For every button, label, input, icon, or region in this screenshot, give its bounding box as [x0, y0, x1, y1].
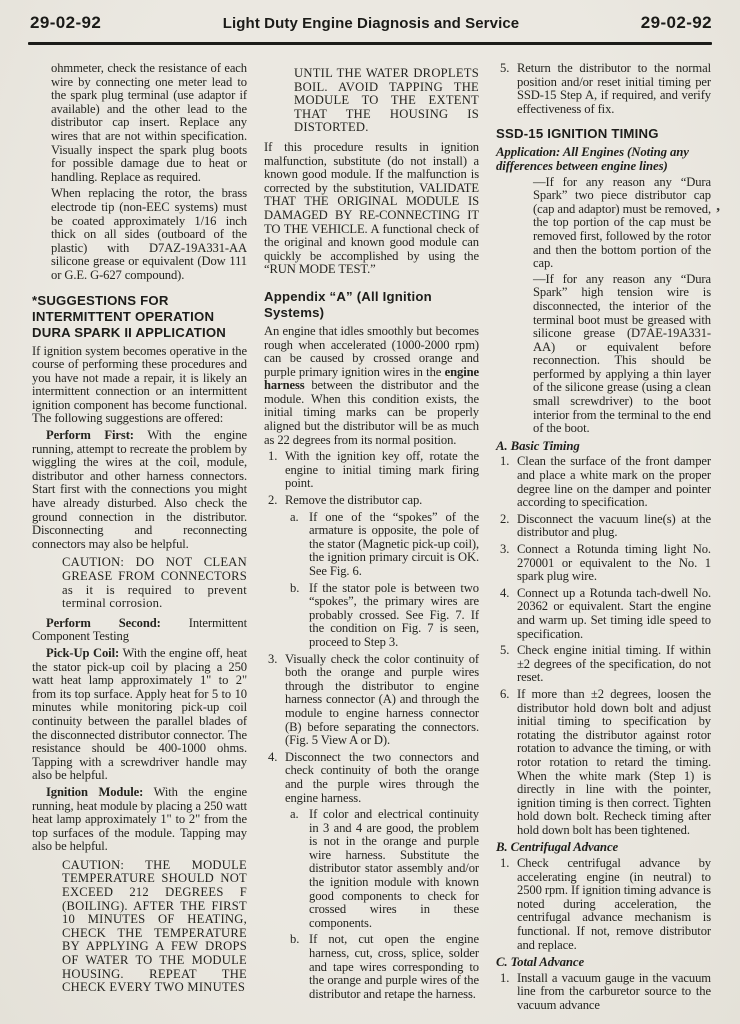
list-item-text: Clean the surface of the front damper an…	[517, 454, 711, 509]
page-title: Light Duty Engine Diagnosis and Service	[223, 15, 519, 32]
text-columns: ohmmeter, check the resistance of each w…	[32, 62, 712, 1016]
list-marker: 5.	[500, 644, 509, 658]
column-middle: UNTIL THE WATER DROPLETS BOIL. AVOID TAP…	[264, 62, 479, 1016]
caution-block: CAUTION: THE MODULE TEMPERATURE SHOULD N…	[62, 859, 247, 995]
list-item: 2.Disconnect the vacuum line(s) at the d…	[496, 513, 711, 540]
list-item-text: If one of the “spokes” of the armature i…	[309, 510, 479, 578]
list-item: 3.Connect a Rotunda timing light No. 270…	[496, 543, 711, 584]
list-item-text: Disconnect the two connectors and check …	[285, 750, 479, 805]
page-code-left: 29-02-92	[30, 13, 101, 33]
list-item: 1.Clean the surface of the front damper …	[496, 455, 711, 509]
lettered-subheading: B. Centrifugal Advance	[496, 841, 711, 855]
list-marker: b.	[290, 582, 299, 596]
list-marker: 3.	[500, 543, 509, 557]
application-subheading: Application: All Engines (Noting any dif…	[496, 146, 711, 173]
page-header: 29-02-92 Light Duty Engine Diagnosis and…	[30, 13, 712, 33]
paragraph: If this procedure results in ignition ma…	[264, 141, 479, 277]
list-item-text: Connect up a Rotunda tach-dwell No. 2036…	[517, 586, 711, 641]
list-item-text: Check engine initial timing. If within ±…	[517, 643, 711, 684]
list-marker: 3.	[268, 653, 277, 667]
list-marker: 1.	[500, 455, 509, 469]
scan-artifact: ,	[716, 198, 720, 215]
sub-list-item: a.If one of the “spokes” of the armature…	[264, 511, 479, 579]
paragraph: When replacing the rotor, the brass elec…	[51, 187, 247, 282]
list-item-text: If color and electrical continuity in 3 …	[309, 807, 479, 930]
list-item: 3.Visually check the color continuity of…	[264, 653, 479, 748]
lettered-subheading: A. Basic Timing	[496, 440, 711, 454]
list-item: 1.With the ignition key off, rotate the …	[264, 450, 479, 491]
section-heading: *SUGGESTIONS FOR INTERMITTENT OPERATION …	[32, 293, 247, 341]
list-marker: 2.	[268, 494, 277, 508]
list-item-text: If more than ±2 degrees, loosen the dist…	[517, 687, 711, 837]
list-marker: a.	[290, 511, 299, 525]
list-marker: 1.	[500, 857, 509, 871]
list-item-text: Visually check the color continuity of b…	[285, 652, 479, 748]
paragraph: Perform First: With the engine running, …	[32, 429, 247, 551]
list-item-text: Return the distributor to the normal pos…	[517, 61, 711, 116]
sub-list-item: a.If color and electrical continuity in …	[264, 808, 479, 930]
list-marker: 5.	[500, 62, 509, 76]
list-item: 1.Check centrifugal advance by accelerat…	[496, 857, 711, 952]
list-marker: 4.	[500, 587, 509, 601]
list-item: 6.If more than ±2 degrees, loosen the di…	[496, 688, 711, 838]
list-item-text: With the ignition key off, rotate the en…	[285, 449, 479, 490]
paragraph: If ignition system becomes operative in …	[32, 345, 247, 427]
list-item-text: Install a vacuum gauge in the vacuum lin…	[517, 971, 711, 1012]
list-marker: a.	[290, 808, 299, 822]
lettered-subheading: C. Total Advance	[496, 956, 711, 970]
caution-block: CAUTION: DO NOT CLEAN GREASE FROM CONNEC…	[62, 556, 247, 610]
list-item: 4.Disconnect the two connectors and chec…	[264, 751, 479, 805]
header-rule	[28, 42, 712, 45]
list-item: 5.Return the distributor to the normal p…	[496, 62, 711, 116]
page-code-right: 29-02-92	[641, 13, 712, 33]
list-item-text: Check centrifugal advance by acceleratin…	[517, 856, 711, 952]
list-item: 2.Remove the distributor cap.	[264, 494, 479, 508]
dash-paragraph: —If for any reason any “Dura Spark” high…	[533, 273, 711, 436]
paragraph: Ignition Module: With the engine running…	[32, 786, 247, 854]
list-item: 5.Check engine initial timing. If within…	[496, 644, 711, 685]
paragraph: Perform Second: Intermittent Component T…	[32, 617, 247, 644]
list-item-text: Disconnect the vacuum line(s) at the dis…	[517, 512, 711, 540]
list-item-text: If not, cut open the engine harness, cut…	[309, 932, 479, 1000]
caution-block: UNTIL THE WATER DROPLETS BOIL. AVOID TAP…	[294, 67, 479, 135]
paragraph: An engine that idles smoothly but become…	[264, 325, 479, 447]
list-item-text: Remove the distributor cap.	[285, 493, 422, 507]
list-marker: 6.	[500, 688, 509, 702]
list-item: 4.Connect up a Rotunda tach-dwell No. 20…	[496, 587, 711, 641]
list-marker: 2.	[500, 513, 509, 527]
section-heading: SSD-15 IGNITION TIMING	[496, 126, 711, 142]
list-item: 1.Install a vacuum gauge in the vacuum l…	[496, 972, 711, 1013]
list-marker: 1.	[500, 972, 509, 986]
dash-paragraph: —If for any reason any “Dura Spark” two …	[533, 176, 711, 271]
list-item-text: If the stator pole is between two “spoke…	[309, 581, 479, 649]
sub-list-item: b.If the stator pole is between two “spo…	[264, 582, 479, 650]
paragraph: ohmmeter, check the resistance of each w…	[51, 62, 247, 184]
section-heading: Appendix “A” (All Ignition Systems)	[264, 289, 479, 321]
list-marker: b.	[290, 933, 299, 947]
list-item-text: Connect a Rotunda timing light No. 27000…	[517, 542, 711, 583]
manual-page: 29-02-92 Light Duty Engine Diagnosis and…	[0, 0, 740, 1024]
list-marker: 4.	[268, 751, 277, 765]
sub-list-item: b.If not, cut open the engine harness, c…	[264, 933, 479, 1001]
column-left: ohmmeter, check the resistance of each w…	[32, 62, 247, 1016]
column-right: 5.Return the distributor to the normal p…	[496, 62, 711, 1016]
paragraph: Pick-Up Coil: With the engine off, heat …	[32, 647, 247, 783]
list-marker: 1.	[268, 450, 277, 464]
